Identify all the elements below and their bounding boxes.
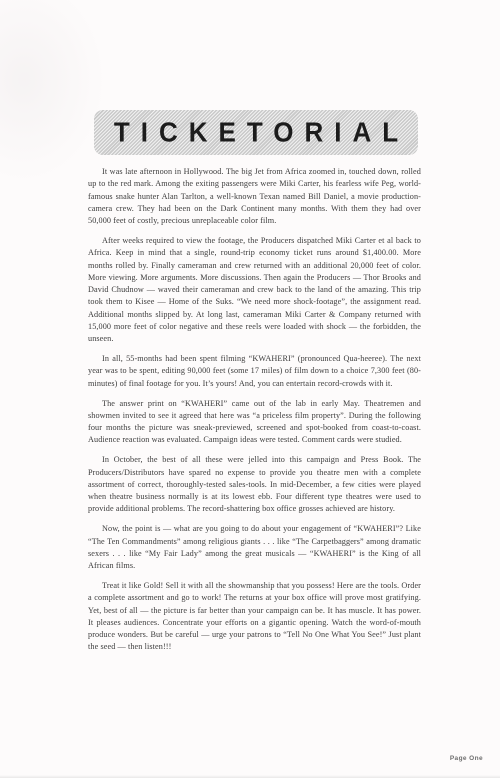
- body-paragraph: Treat it like Gold! Sell it with all the…: [88, 580, 421, 654]
- body-paragraph: It was late afternoon in Hollywood. The …: [88, 166, 421, 227]
- body-paragraph: In October, the best of all these were j…: [88, 454, 421, 515]
- body-paragraph: In all, 55-months had been spent filming…: [88, 353, 421, 390]
- body-paragraph: Now, the point is — what are you going t…: [88, 523, 421, 572]
- body-paragraph: The answer print on “KWAHERI” came out o…: [88, 398, 421, 447]
- ticketorial-banner: TICKETORIAL: [94, 110, 418, 155]
- pressbook-page: TICKETORIAL It was late afternoon in Hol…: [0, 0, 500, 778]
- page-number: Page One: [450, 755, 483, 762]
- editorial-body: It was late afternoon in Hollywood. The …: [88, 166, 421, 661]
- banner-title: TICKETORIAL: [114, 116, 409, 149]
- body-paragraph: After weeks required to view the footage…: [88, 235, 421, 346]
